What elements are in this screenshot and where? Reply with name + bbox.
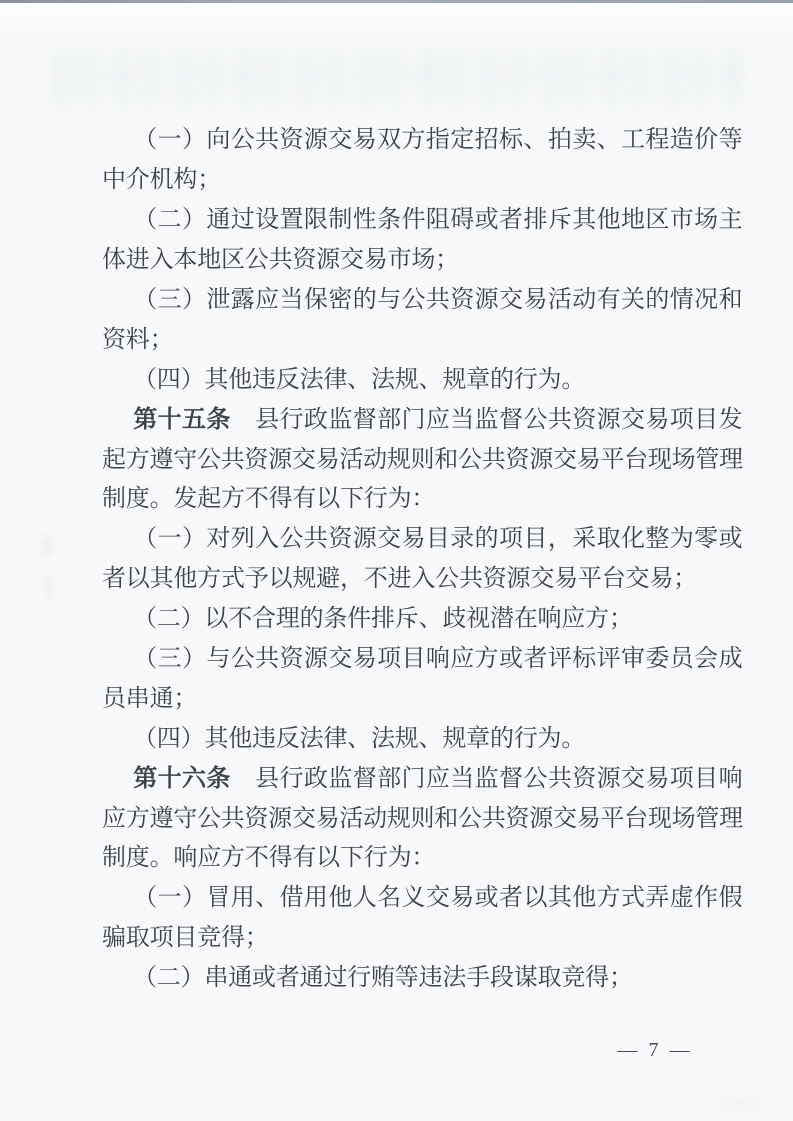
body-char: 督 [353,399,377,434]
body-char: （ [133,359,157,394]
body-char: 假 [718,877,742,912]
body-char: ） [182,877,206,912]
body-char: 不 [245,837,269,872]
body-char: ） [181,718,205,753]
body-char: 规 [387,798,411,833]
body-char: 资 [244,798,268,833]
body-char: 料 [126,319,150,354]
body-char: 视 [466,598,490,633]
body-char: 场 [411,239,435,274]
scan-bleed-artifact [55,46,748,108]
body-char: 政 [304,758,328,793]
body-char: 度 [126,837,150,872]
text-line: 起方遵守公共资源交易活动规则和公共资源交易平台现场管理 [102,436,748,476]
body-char: ） [181,957,205,992]
body-char: 督 [499,758,523,793]
body-char: 义 [401,877,425,912]
body-char: 当 [450,399,474,434]
body-char: 人 [353,877,377,912]
body-char: 资 [292,239,316,274]
body-char: 法 [300,359,324,394]
text-line: （一）对列入公共资源交易目录的项目，采取化整为零或 [102,516,748,556]
body-char: 起 [102,439,126,474]
body-char: 予 [245,558,269,593]
body-char: 的 [645,279,669,314]
body-char: 现 [648,439,672,474]
body-char: 与 [206,638,230,673]
body-char: 共 [482,439,506,474]
body-char: 弄 [645,877,669,912]
body-char: 源 [529,798,553,833]
body-char: 程 [645,119,669,154]
body-char: 方 [221,837,245,872]
body-char: 发 [718,399,742,434]
body-char: ； [673,558,697,593]
body-char: 公 [279,518,303,553]
document-page: （一）向公共资源交易双方指定招标、拍卖、工程造价等中介机构；（二）通过设置限制性… [0,0,793,1121]
body-char: 条 [323,598,347,633]
body-char: 件 [347,598,371,633]
body-char: 其 [204,359,228,394]
body-char: 交 [553,439,577,474]
body-char: 露 [231,279,255,314]
text-line: （一）向公共资源交易双方指定招标、拍卖、工程造价等 [102,117,748,157]
body-char: 限 [304,199,328,234]
body-char: 资 [483,558,507,593]
body-char: 价 [694,119,718,154]
body-char: 当 [450,758,474,793]
body-char: ） [181,359,205,394]
body-char: 的 [490,359,514,394]
body-char: 审 [621,638,645,673]
body-char: （ [133,877,157,912]
body-char: 指 [426,119,450,154]
body-char: 应 [426,758,450,793]
body-char: 会 [694,638,718,673]
body-char: 资 [572,758,596,793]
body-char: 以 [126,558,150,593]
body-char: 部 [377,399,401,434]
body-char: 的 [353,279,377,314]
body-char: 共 [255,119,279,154]
body-char: 交 [499,279,523,314]
body-char: 员 [670,638,694,673]
body-char: 源 [596,758,620,793]
body-char: 或 [718,518,742,553]
body-char: （ [133,119,157,154]
body-char: 。 [561,359,585,394]
body-char: 下 [340,478,364,513]
body-char: 、 [419,359,443,394]
body-char: 排 [523,199,547,234]
body-char: 公 [231,119,255,154]
body-char: 等 [718,119,742,154]
body-char: 台 [624,439,648,474]
body-char: 等 [395,957,419,992]
body-char: 交 [328,119,352,154]
body-char: 一 [157,518,181,553]
body-char: 行 [279,758,303,793]
body-char: 遵 [149,439,173,474]
body-char: 以 [204,598,228,633]
body-char: 成 [718,638,742,673]
body-char: 源 [304,638,328,673]
text-line: 员串通； [102,675,748,715]
body-char: 监 [474,399,498,434]
body-char: 资 [328,518,352,553]
body-char: 对 [206,518,230,553]
body-char: 县 [255,758,279,793]
text-line: 制度。发起方不得有以下行为： [102,476,748,516]
body-char: 动 [363,439,387,474]
body-char: 零 [694,518,718,553]
body-char: 规 [442,718,466,753]
text-line: 者以其他方式予以规避，不进入公共资源交易平台交易； [102,556,748,596]
body-char: 行 [279,399,303,434]
body-char: 。 [150,837,174,872]
body-char: 、 [347,359,371,394]
body-char: 公 [523,758,547,793]
body-char: 行 [364,478,388,513]
body-char: 的 [474,518,498,553]
body-char: 设 [255,199,279,234]
body-char: 骗 [102,917,126,952]
body-char: 项 [670,758,694,793]
body-char: 管 [695,798,719,833]
body-char: 串 [126,678,150,713]
body-char: 共 [482,798,506,833]
body-char: 为 [388,837,412,872]
body-char: 四 [157,718,181,753]
body-char: 共 [304,518,328,553]
body-char: （ [133,638,157,673]
body-char: （ [133,199,157,234]
body-char: 章 [466,718,490,753]
body-char: 在 [514,598,538,633]
body-char: 公 [197,439,221,474]
body-char: 交 [621,758,645,793]
body-char: 公 [458,439,482,474]
body-char: 制 [102,478,126,513]
body-char: ） [182,279,206,314]
body-char: 律 [323,359,347,394]
body-char: 关 [621,279,645,314]
body-char: 易 [401,518,425,553]
body-char: 法 [371,718,395,753]
body-char: 构 [173,159,197,194]
body-char: 二 [157,598,181,633]
body-char: 取 [126,917,150,952]
body-char: 为 [670,518,694,553]
body-char: 通 [150,678,174,713]
body-char: 得 [269,837,293,872]
body-char: 其 [150,558,174,593]
body-char: 置 [279,199,303,234]
body-char: 法 [300,718,324,753]
corner-smudge-artifact [700,1092,780,1118]
body-char: 目 [694,758,718,793]
body-char: 项 [377,638,401,673]
body-char: 规 [292,558,316,593]
body-char: 源 [268,439,292,474]
body-char: 行 [514,718,538,753]
body-char: 项 [499,518,523,553]
body-char: 理 [276,598,300,633]
body-char: 的 [300,598,324,633]
body-char: 资 [244,439,268,474]
body-char: （ [133,518,157,553]
body-char: 源 [529,439,553,474]
scan-highlight-artifact [0,3,793,33]
body-char: 情 [670,279,694,314]
body-char: 应 [450,638,474,673]
body-char: 名 [377,877,401,912]
body-char: 阻 [426,199,450,234]
body-char: 公 [435,558,459,593]
body-char: 易 [523,279,547,314]
body-char: 得 [585,957,609,992]
body-char: 三 [157,638,181,673]
body-char: 响 [426,638,450,673]
body-char: 有 [596,279,620,314]
body-char: 共 [426,279,450,314]
article-number-char: 条 [206,758,230,793]
body-char: 列 [231,518,255,553]
body-char: 件 [401,199,425,234]
body-char: 一 [157,119,181,154]
body-char: 。 [561,718,585,753]
body-char: 或 [499,638,523,673]
body-char: （ [133,718,157,753]
body-char: 理 [719,798,743,833]
body-char: 违 [252,359,276,394]
body-char: 台 [602,558,626,593]
body-char: 以 [523,877,547,912]
body-char: 者 [499,877,523,912]
text-line: 第十五条 县行政监督部门应当监督公共资源交易项目发 [102,396,748,436]
body-char: 行 [514,359,538,394]
body-char: 规 [442,359,466,394]
body-char: 制 [102,837,126,872]
body-char: 标 [499,119,523,154]
body-char: 目 [173,917,197,952]
body-char: 。 [150,478,174,513]
body-char: 方 [126,798,150,833]
body-char: 双 [377,119,401,154]
article-number-char: 条 [206,399,230,434]
article-number-char: 第 [133,399,157,434]
body-char: 交 [292,798,316,833]
body-char: 介 [126,159,150,194]
body-char: 、 [523,119,547,154]
body-char: 谋 [514,957,538,992]
body-char: 化 [621,518,645,553]
body-char: 录 [450,518,474,553]
body-char: 一 [157,877,181,912]
body-char: 市 [670,199,694,234]
text-line: （二）以不合理的条件排斥、歧视潜在响应方； [102,596,748,636]
body-char: 易 [577,439,601,474]
body-char: 易 [316,798,340,833]
body-char: 交 [426,877,450,912]
body-char: 工 [621,119,645,154]
body-char: 排 [371,598,395,633]
body-char: 体 [102,239,126,274]
body-char: 机 [150,159,174,194]
body-char: 行 [347,957,371,992]
body-char: 入 [255,518,279,553]
body-char: 度 [126,478,150,513]
body-char: 交 [530,558,554,593]
body-char: 通 [300,957,324,992]
body-char: 动 [572,279,596,314]
body-char: 入 [411,558,435,593]
body-char: 斥 [548,199,572,234]
body-char: ； [150,319,174,354]
body-char: （ [133,598,157,633]
body-char: 理 [719,439,743,474]
body-char: 冒 [206,877,230,912]
body-char: 平 [600,798,624,833]
body-char: 过 [323,957,347,992]
body-char: 潜 [490,598,514,633]
body-char: 动 [363,798,387,833]
body-char: 县 [255,399,279,434]
body-char: 泄 [206,279,230,314]
body-char: 共 [221,798,245,833]
body-char: 委 [645,638,669,673]
body-char: 二 [157,957,181,992]
body-char: 共 [269,239,293,274]
body-char: 反 [276,718,300,753]
article-number-char: 五 [182,399,206,434]
body-char: 交 [621,399,645,434]
body-char: 方 [596,877,620,912]
body-char: 过 [231,199,255,234]
body-char: 与 [377,279,401,314]
body-char: ； [173,678,197,713]
body-char: 主 [718,199,742,234]
body-char: 下 [340,837,364,872]
text-line: （四）其他违反法律、法规、规章的行为。 [102,715,748,755]
body-char: 进 [388,558,412,593]
body-char: 其 [572,199,596,234]
body-char: 当 [279,279,303,314]
body-char: 的 [490,718,514,753]
body-char: 二 [157,199,181,234]
body-char: 遵 [149,798,173,833]
body-char: ； [609,598,633,633]
body-char: 评 [596,638,620,673]
body-char: 资 [505,439,529,474]
body-char: 保 [304,279,328,314]
body-char: 源 [474,279,498,314]
body-char: 监 [328,758,352,793]
body-char: 他 [228,359,252,394]
body-char: 式 [621,877,645,912]
body-char: 易 [577,798,601,833]
body-char: 碍 [450,199,474,234]
body-char: 应 [102,798,126,833]
body-char: 项 [150,917,174,952]
body-char: 法 [442,957,466,992]
body-char: 串 [204,957,228,992]
body-char: 易 [364,239,388,274]
article-number-char: 第 [133,758,157,793]
body-char: 易 [316,439,340,474]
body-char: 、 [419,718,443,753]
body-char: 响 [173,837,197,872]
body-char: 资 [279,119,303,154]
body-char: 四 [157,359,181,394]
body-char: 公 [245,239,269,274]
body-char: 不 [245,478,269,513]
body-char: 交 [340,239,364,274]
body-char: 易 [353,638,377,673]
body-char: 则 [411,798,435,833]
text-line: （二）通过设置限制性条件阻碍或者排斥其他地区市场主 [102,197,748,237]
body-char: 守 [173,439,197,474]
margin-smudge-artifact [38,528,56,562]
body-char: ； [245,917,269,952]
body-char: 交 [292,439,316,474]
body-char: ） [182,638,206,673]
body-char: 或 [474,877,498,912]
body-char: 斥 [395,598,419,633]
body-char: 活 [339,798,363,833]
body-char: 项 [670,399,694,434]
article-number-char: 十 [157,399,181,434]
article-number-char: 十 [157,758,181,793]
body-char: 应 [561,598,585,633]
body-char: 密 [328,279,352,314]
body-char: 他 [328,877,352,912]
body-char: 取 [596,518,620,553]
body-char: 贿 [371,957,395,992]
body-char: 和 [718,279,742,314]
body-char: 共 [221,439,245,474]
body-char: 部 [377,758,401,793]
body-char: 守 [173,798,197,833]
body-char: 法 [371,359,395,394]
body-char [231,399,255,434]
body-char: 作 [694,877,718,912]
body-char: 或 [474,199,498,234]
body-char: 反 [276,359,300,394]
body-char: 式 [221,558,245,593]
body-char: 公 [458,798,482,833]
body-char: 地 [621,199,645,234]
body-char: 发 [173,478,197,513]
body-char: 源 [353,518,377,553]
body-char: 资 [572,399,596,434]
text-line: （一）冒用、借用他人名义交易或者以其他方式弄虚作假 [102,875,748,915]
body-char: 、 [596,119,620,154]
body-char: ） [182,199,206,234]
text-line: 制度。响应方不得有以下行为： [102,835,748,875]
body-char: 现 [648,798,672,833]
body-char: 合 [252,598,276,633]
body-char: 起 [197,478,221,513]
body-char: 台 [624,798,648,833]
body-char: 律 [323,718,347,753]
body-char: 资 [102,319,126,354]
body-char: 活 [548,279,572,314]
body-char: 以 [316,478,340,513]
body-char: 场 [672,439,696,474]
body-char: 取 [538,957,562,992]
body-char: 得 [221,917,245,952]
